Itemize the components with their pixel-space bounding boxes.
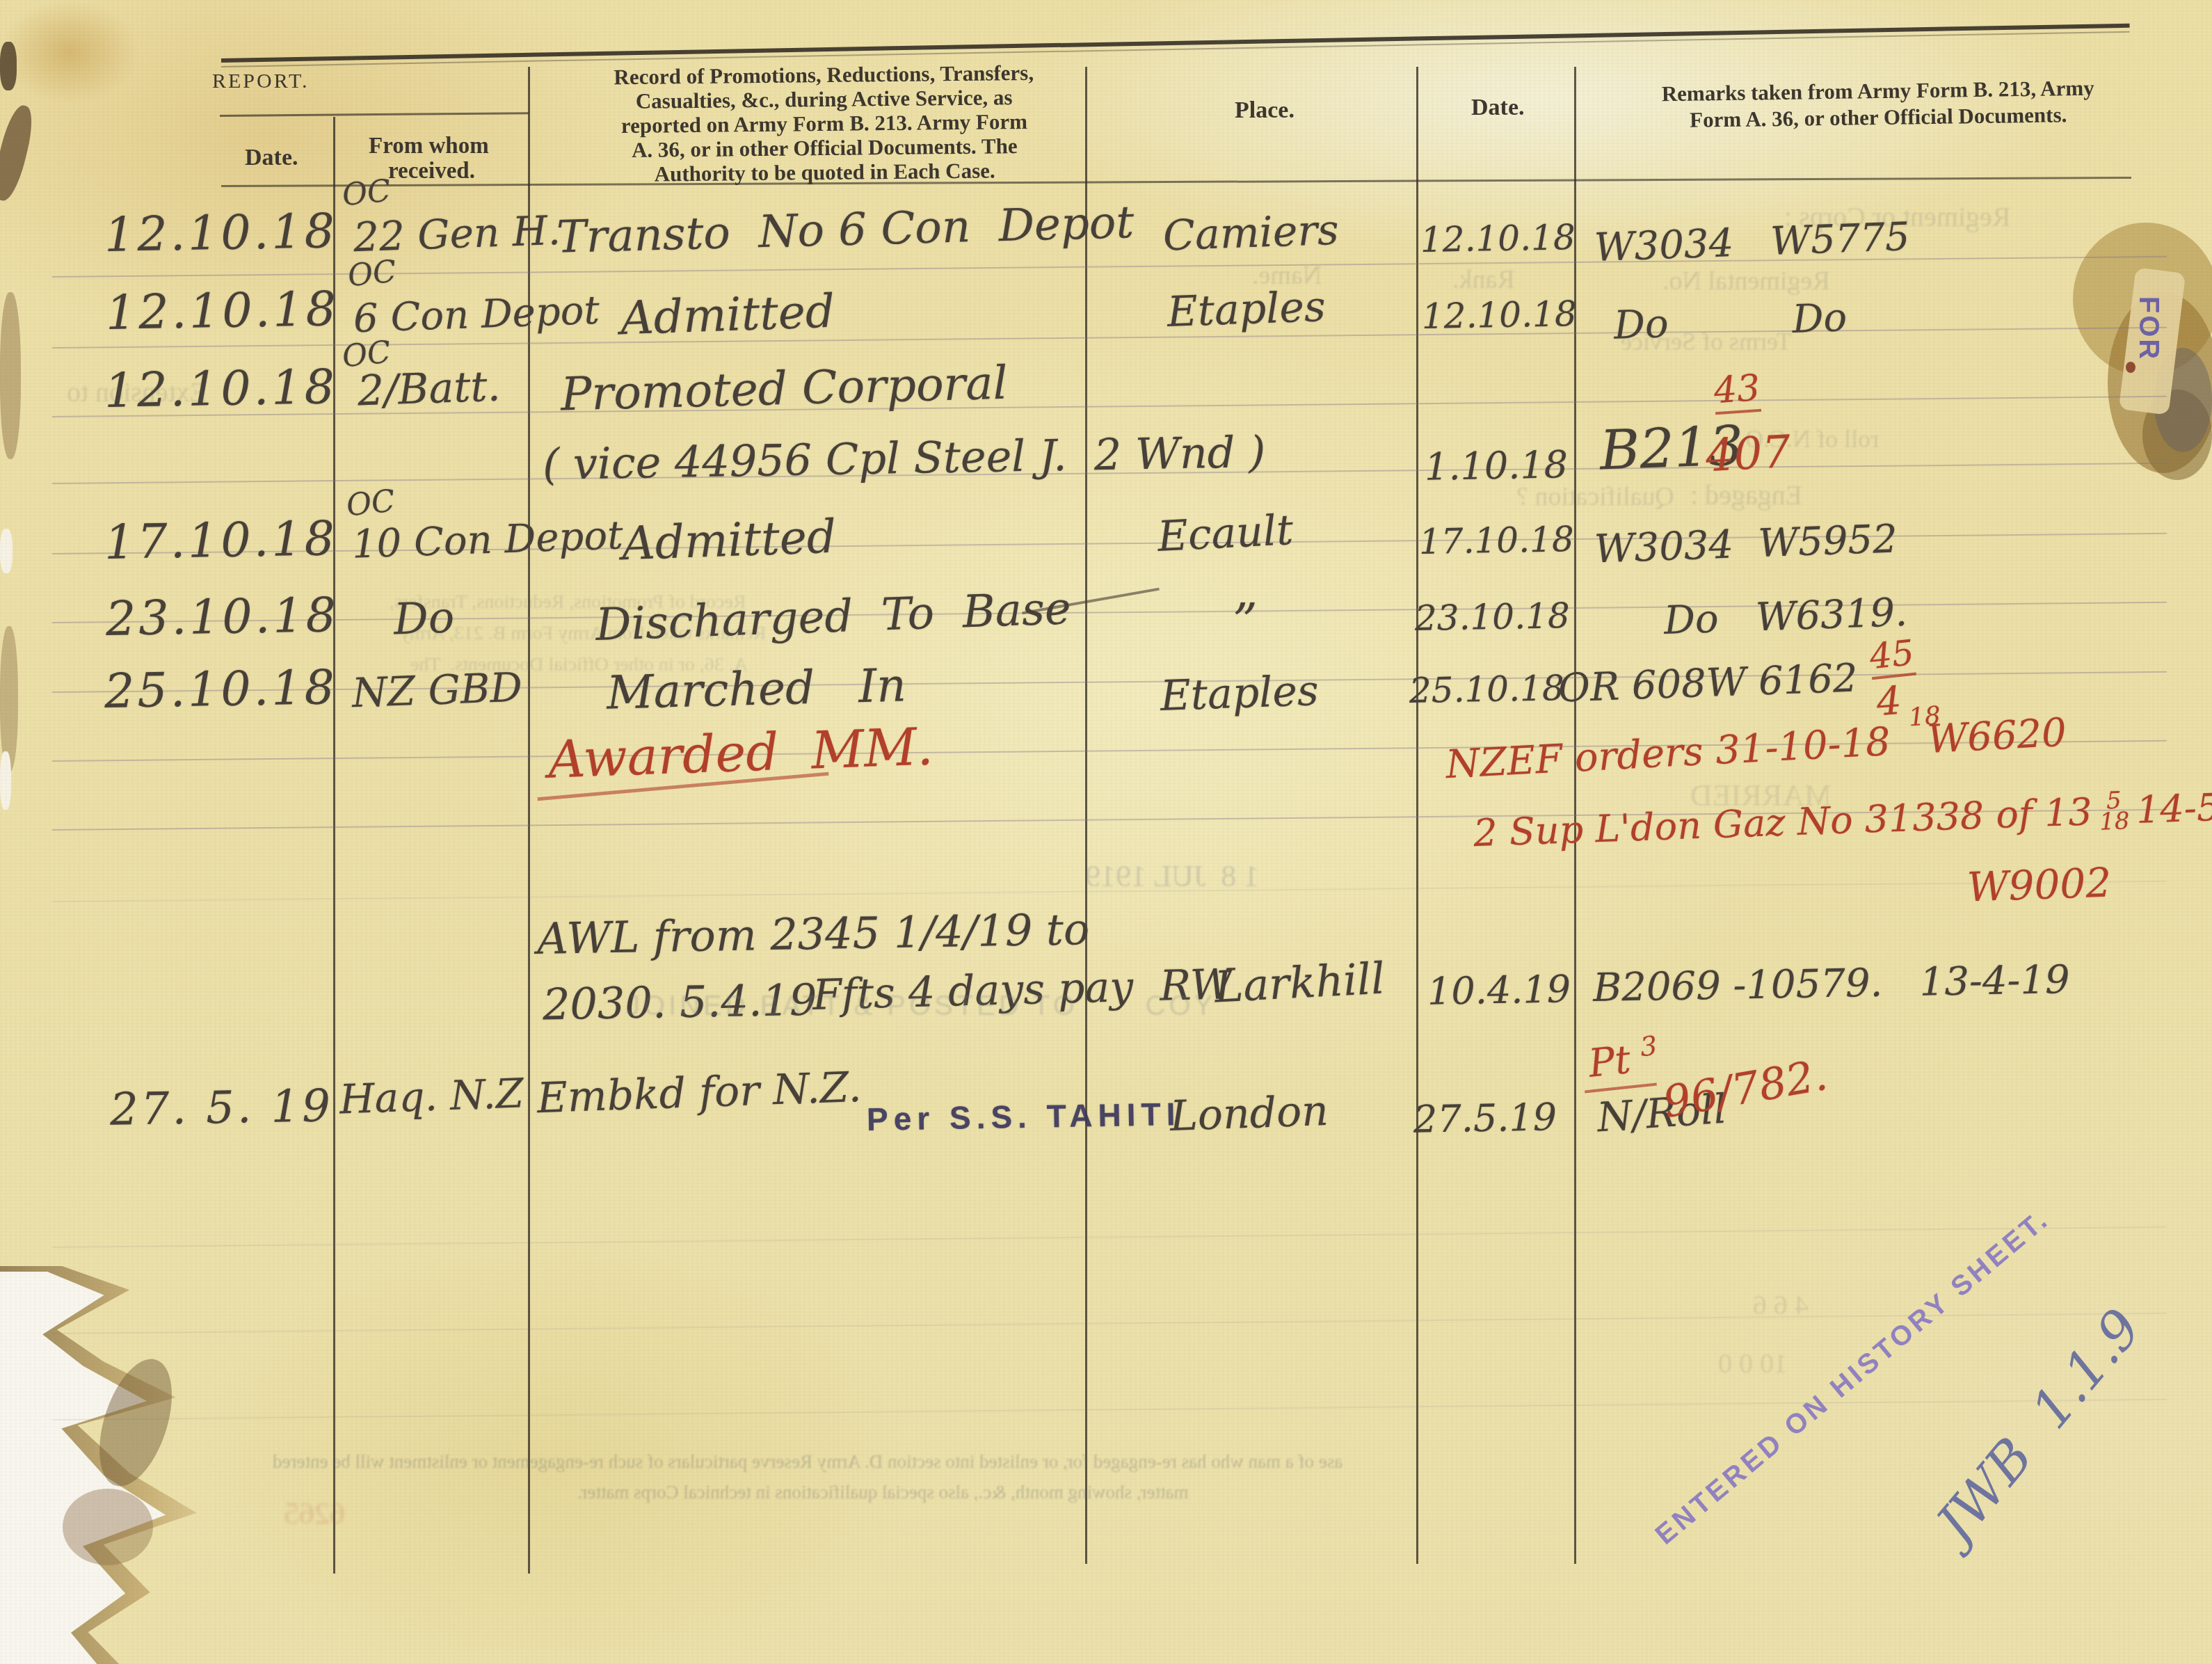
bleedthrough-text: Remarks taken from Army Form B. 213, Arm… <box>400 623 767 645</box>
report-date-header: Date. <box>245 145 298 171</box>
entry-date: 12.10.18 <box>105 282 339 341</box>
entry-source: 22 Gen H. <box>353 207 561 261</box>
red-gazette-fraction: 5 18 <box>2099 790 2130 832</box>
entry-record: Promoted Corporal <box>560 356 1008 422</box>
entry-date: 17.10.18 <box>104 511 337 570</box>
bleedthrough-text: A. 36, or in other Official Documents. T… <box>410 654 748 676</box>
column-divider-place-date <box>1416 67 1418 1564</box>
report-from-header-line2: received. <box>388 159 475 184</box>
torn-edge-chip <box>0 292 21 459</box>
red-annotation-45: 45 <box>1868 632 1916 680</box>
torn-corner-streak <box>63 1489 153 1565</box>
entry-record: Admitted <box>620 285 835 346</box>
bleedthrough-text: Terms of Service <box>1621 327 1791 356</box>
row-rule <box>52 1399 2167 1421</box>
entry-record: ( vice 44956 Cpl Steel J. 2 Wnd ) <box>542 426 1265 490</box>
entry-record-awl-1: AWL from 2345 1/4/19 to <box>536 904 1089 964</box>
stain-top-left <box>0 0 139 104</box>
record-column-header: Record of Promotions, Reductions, Transf… <box>549 60 1100 187</box>
entry-record-date: 23.10.18 <box>1415 595 1571 639</box>
for-stamp: FOR <box>2133 296 2164 361</box>
entry-date: 25.10.18 <box>104 660 337 719</box>
bleedthrough-text: Regimental No. <box>1662 266 1830 296</box>
red-nzef-orders: NZEF orders 31-10-18 W6620 <box>1445 710 2068 788</box>
entry-record-date: 17.10.18 <box>1419 519 1575 562</box>
bleedthrough-text: 6265 <box>284 1496 345 1531</box>
torn-edge-notch <box>0 751 11 810</box>
entry-place: Etaples <box>1160 666 1320 721</box>
entry-source: 10 Con Depot <box>351 513 624 568</box>
entry-oc-mark: OC <box>345 483 397 523</box>
entry-remarks: W3034 W5952 <box>1594 516 1898 572</box>
entry-oc-mark: OC <box>341 173 393 213</box>
red-annotation-pt: Pt <box>1587 1037 1633 1087</box>
row-rule <box>52 1313 2167 1334</box>
entry-source: 2/Batt. <box>357 362 502 415</box>
bleedthrough-text: JOINED BATT & POSTED TO COY <box>626 991 1216 1022</box>
red-annotation-43: 43 <box>1713 367 1761 415</box>
red-annotation-roll: 96/782. <box>1659 1049 1831 1128</box>
red-gazette-line: 2 Sup L'don Gaz No 31338 of 13 5 18 14-5… <box>1473 783 2212 855</box>
bleedthrough-text: 10 0 0 <box>1718 1347 1788 1379</box>
entry-place: London <box>1169 1087 1329 1141</box>
entry-remarks: OR 608W 6162 <box>1557 656 1859 712</box>
red-gazette-date: 14-5-19 <box>2135 783 2212 832</box>
red-annotation-pt-sup: 3 <box>1639 1030 1659 1062</box>
torn-edge-notch <box>0 529 13 573</box>
entry-remarks: B2069 -10579. 13-4-19 <box>1592 957 2070 1011</box>
entry-place: Larkhill <box>1213 953 1386 1013</box>
entry-source: Haq. N.Z <box>339 1069 524 1123</box>
bleedthrough-footer-line2: matter, showing month, &c., also special… <box>577 1482 1188 1503</box>
row-rule <box>52 1226 2167 1248</box>
bleedthrough-text: Qualification ? <box>1516 481 1674 512</box>
header-bottom-rule <box>221 177 2131 187</box>
torn-edge-chip <box>0 102 38 203</box>
red-fraction-bottom: 18 <box>2099 810 2130 832</box>
bleedthrough-text: Regiment or Corps : <box>1784 200 2011 233</box>
entry-record-date: 10.4.19 <box>1427 967 1571 1014</box>
scanned-service-record-page: FOR REPORT. Date. From whom received. Re… <box>0 0 2212 1664</box>
bleedthrough-text: roll of N.C.O. <box>1739 424 1879 454</box>
table-rule-top <box>221 24 2130 63</box>
bleedthrough-text: 4 6 6 <box>1753 1288 1809 1321</box>
torn-edge-chip <box>0 626 18 772</box>
report-from-header-line1: From whom <box>369 134 489 159</box>
tahiti-stamp: Per S.S. TAHITI <box>867 1095 1181 1138</box>
bleedthrough-text: Record of Promotions, Reductions, Transf… <box>390 591 746 614</box>
for-stamp-text: FOR <box>2133 296 2164 361</box>
torn-edge-chip <box>0 42 17 90</box>
date-column-header: Date. <box>1471 95 1524 121</box>
table-rule-top-echo <box>221 31 2130 67</box>
report-column-header: REPORT. <box>212 70 310 93</box>
red-annotation-4: 4 <box>1875 678 1903 725</box>
entry-date: 23.10.18 <box>105 588 339 647</box>
remarks-column-header: Remarks taken from Army Form B. 213, Arm… <box>1593 74 2164 134</box>
entry-place: ” <box>1233 593 1258 650</box>
entry-record: Admitted <box>621 510 837 571</box>
signature: JWB 1.1.9 <box>1924 1297 2153 1553</box>
entry-record: Embkd for N.Z. <box>536 1063 863 1123</box>
red-w9002: W9002 <box>1966 858 2112 911</box>
entry-oc-mark: OC <box>346 253 399 294</box>
bleedthrough-text: Name. <box>1252 260 1322 291</box>
place-column-header: Place. <box>1235 97 1295 124</box>
bleedthrough-text: MARRIED <box>1690 778 1832 813</box>
entry-place: Ecault <box>1156 506 1295 561</box>
entry-date: 27. 5. 19 <box>109 1080 333 1136</box>
report-underline <box>220 112 529 117</box>
entry-remarks: Do W6319. <box>1663 590 1908 643</box>
bleedthrough-text: Rank. <box>1452 264 1515 295</box>
bleedthrough-text: Engaged : <box>1690 479 1802 511</box>
entry-record-date: 25.10.18 <box>1409 668 1565 711</box>
bleedthrough-text: Extension to <box>67 376 207 408</box>
entry-date: 12.10.18 <box>104 204 337 263</box>
entry-record: Transto No 6 Con Depot <box>556 197 1135 264</box>
entry-source: 6 Con Depot <box>353 288 600 342</box>
entry-record-date: 12.10.18 <box>1422 294 1578 337</box>
entry-record-date: 27.5.19 <box>1413 1095 1557 1142</box>
bleedthrough-text: 1 8 JUL 1919 <box>1085 858 1259 894</box>
bleedthrough-footer-line1: ase of a man who has re-engaged for, or … <box>273 1451 1343 1473</box>
column-divider-record-place <box>1085 67 1087 1564</box>
entry-place: Camiers <box>1162 206 1340 261</box>
entry-record-date: 12.10.18 <box>1420 217 1576 260</box>
stain-red-dot <box>2126 362 2135 373</box>
